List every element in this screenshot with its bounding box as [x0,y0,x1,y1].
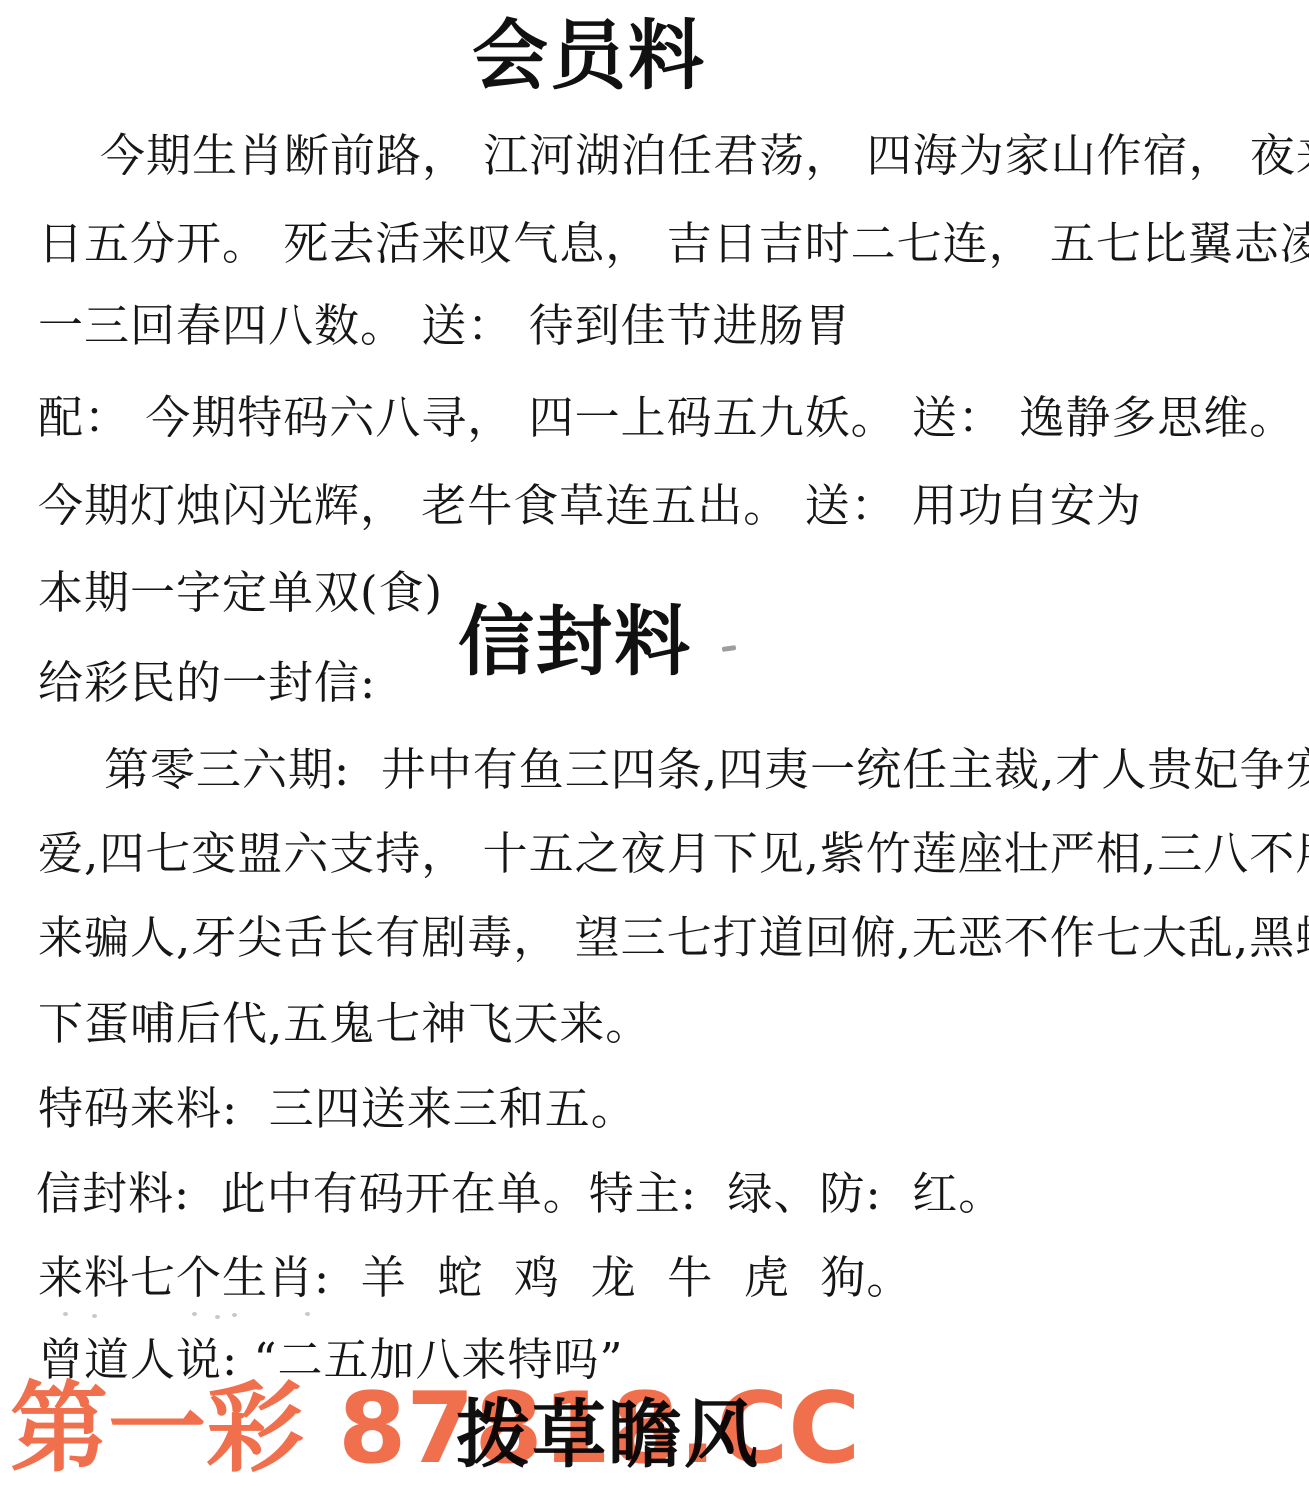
scan-speck [92,1314,97,1318]
envelope-section-title: 信封料 [458,604,692,680]
member-line-3: 一三回春四八数。 送： 待到佳节进肠胃 [38,300,851,352]
scan-speck [215,1315,220,1319]
scanned-tipsheet-page: 会员料 今期生肖断前路， 江河湖泊任君荡， 四海为家山作宿， 夜来当 日五分开。… [0,0,1309,1500]
member-line-4: 配： 今期特码六八寻， 四一上码五九妖。 送： 逸静多思维。 [38,392,1295,444]
zodiac-line: 来料七个生肖: 羊 蛇 鸡 龙 牛 虎 狗。 [38,1252,912,1304]
special-code-line: 特码来料: 三四送来三和五。 [38,1083,637,1135]
footer-calligraphy-text: 拨草瞻风 [456,1395,760,1476]
member-line-5: 今期灯烛闪光辉， 老牛食草连五出。 送： 用功自安为 [38,480,1142,532]
member-line-6: 本期一字定单双(食) [38,567,443,619]
member-section-title: 会员料 [472,18,706,94]
member-line-1: 今期生肖断前路， 江河湖泊任君荡， 四海为家山作宿， 夜来当 [100,130,1309,182]
envelope-line-2: 爱,四七变盟六支持， 十五之夜月下见,紫竹莲座壮严相,三八不用 [38,828,1309,880]
member-line-2: 日五分开。 死去活来叹气息， 吉日吉时二七连， 五七比翼志凌云， [38,218,1309,270]
envelope-line-4: 下蛋哺后代,五鬼七神飞天来。 [38,998,651,1050]
envelope-intro-line: 给彩民的一封信: [38,657,376,709]
scan-speck [63,1312,68,1316]
envelope-line-3: 来骗人,牙尖舌长有剧毒， 望三七打道回俯,无恶不作七大乱,黑蛇 [38,912,1309,964]
envelope-tip-line: 信封料: 此中有码开在单。特主: 绿、防: 红。 [36,1168,1004,1220]
scan-speck [192,1312,197,1316]
scan-speck [305,1312,310,1316]
scan-speck [232,1313,237,1317]
envelope-line-1: 第零三六期: 井中有鱼三四条,四夷一统任主裁,才人贵妃争宠 [104,744,1309,796]
scan-smudge-dash [722,645,737,652]
